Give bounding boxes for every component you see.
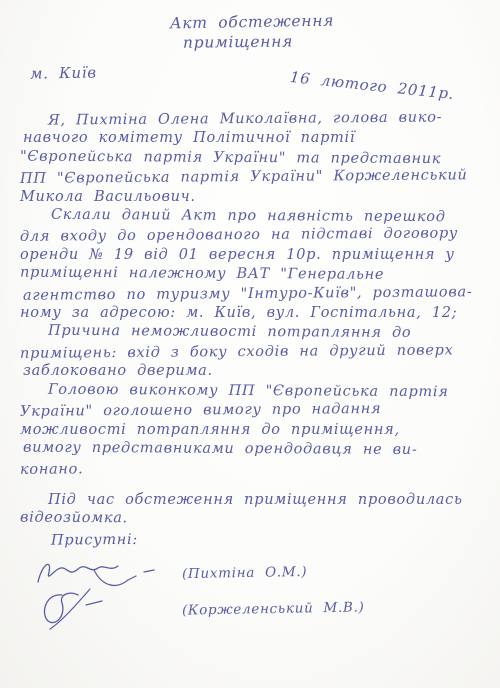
signature-row: (Коржеленський М.В.)	[32, 591, 490, 627]
signature-name: (Коржеленський М.В.)	[182, 599, 365, 618]
handwritten-line: Під час обстеження приміщення проводилас…	[14, 491, 490, 510]
handwritten-line: відеозйомка.	[14, 509, 490, 531]
handwritten-line: агентство по туризму "Інтуро-Київ", розт…	[17, 283, 490, 306]
signature-name: (Пихтіна О.М.)	[182, 564, 308, 582]
signature-scrawl-icon	[32, 556, 156, 590]
handwritten-line: ПП "Європейська партія України" Коржелен…	[14, 166, 490, 189]
document-body: Я, Пихтіна Олена Миколаївна, голова вико…	[14, 110, 490, 549]
handwritten-line: Я, Пихтіна Олена Миколаївна, голова вико…	[14, 108, 490, 131]
signatures-block: (Пихтіна О.М.) (Коржеленський М.В.)	[32, 555, 490, 627]
handwritten-line: конано.	[14, 457, 490, 480]
handwritten-line: Микола Васильович.	[14, 188, 490, 207]
handwritten-line: ному за адресою: м. Київ, вул. Госпіталь…	[14, 304, 490, 323]
signature-row: (Пихтіна О.М.)	[32, 555, 490, 591]
signature-scrawl-icon	[32, 587, 142, 631]
document-title-line-2: приміщення	[0, 30, 476, 55]
document-place: м. Київ	[30, 63, 97, 82]
document-title: Акт обстеження приміщення	[14, 12, 490, 52]
handwritten-line: навчого комітету Політичної партії	[17, 129, 490, 148]
scanned-handwritten-act: Акт обстеження приміщення м. Київ 16 лют…	[0, 0, 500, 688]
handwritten-line: оренди № 19 від 01 вересня 10р. приміщен…	[14, 246, 490, 265]
place-date-row: м. Київ 16 лютого 2011р.	[14, 64, 490, 106]
handwritten-line: України" оголошено вимогу про надання	[14, 399, 490, 422]
handwritten-line: заблоковано дверима.	[17, 362, 490, 381]
handwritten-line: Присутні:	[17, 528, 490, 551]
handwritten-line: можливості потрапляння до приміщення,	[14, 421, 490, 440]
handwritten-line: приміщень: вхід з боку сходів на другий …	[14, 341, 490, 364]
handwritten-line: для входу до орендованого на підставі до…	[14, 225, 490, 248]
document-date: 16 лютого 2011р.	[289, 68, 455, 103]
